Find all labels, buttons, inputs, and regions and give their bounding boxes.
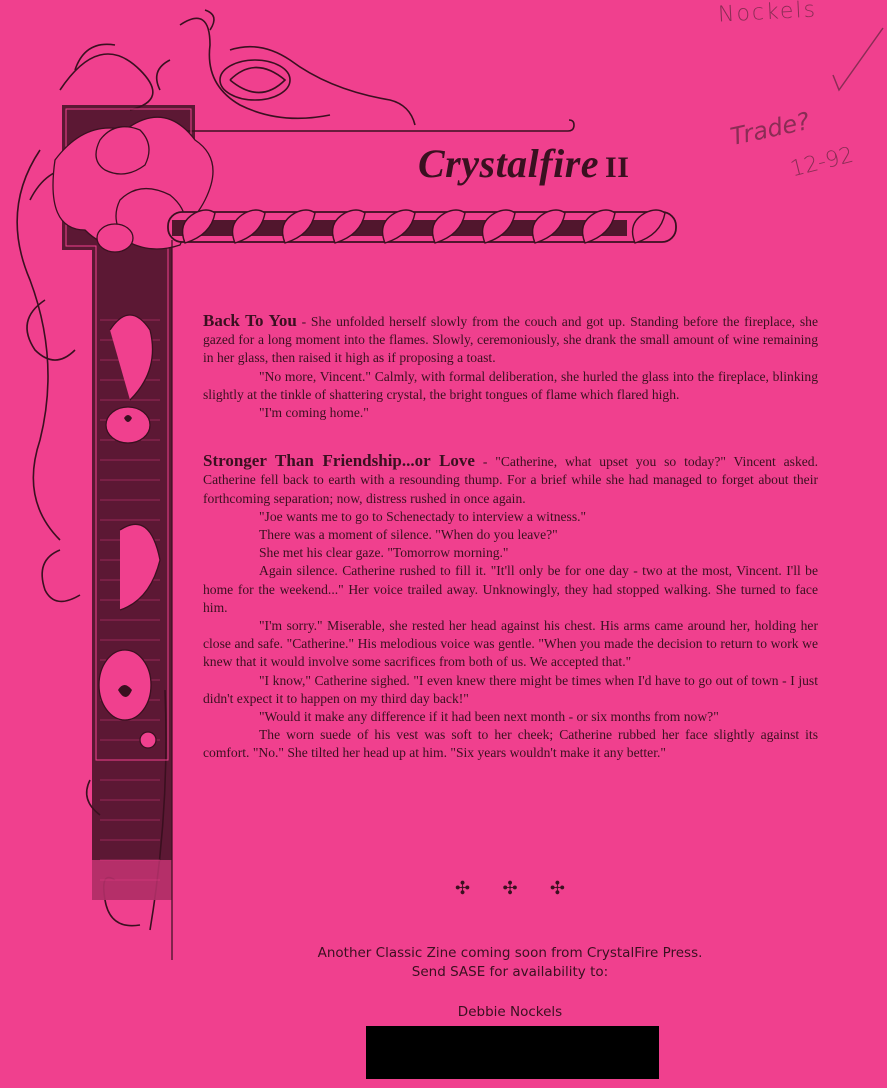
story-paragraph: There was a moment of silence. "When do … xyxy=(203,526,818,544)
story-paragraph: Again silence. Catherine rushed to fill … xyxy=(203,562,818,617)
story-paragraph: She met his clear gaze. "Tomorrow mornin… xyxy=(203,544,818,562)
title-text: Crystalfire xyxy=(418,141,599,186)
story-paragraph: "Would it make any difference if it had … xyxy=(203,708,818,726)
fleuron-icon: ✣ xyxy=(550,878,565,899)
zine-title: CrystalfireII xyxy=(418,140,629,187)
story-paragraph: The worn suede of his vest was soft to h… xyxy=(203,726,818,762)
story-back-to-you-lead: Back To You - She unfolded herself slowl… xyxy=(203,312,818,368)
story-paragraph: "No more, Vincent." Calmly, with formal … xyxy=(203,368,818,404)
fleuron-icon: ✣ xyxy=(502,878,517,899)
contact-name: Debbie Nockels xyxy=(260,1003,760,1022)
footer-announcement: Another Classic Zine coming soon from Cr… xyxy=(260,944,760,1022)
story-heading: Back To You xyxy=(203,311,297,330)
footer-line-2: Send SASE for availability to: xyxy=(260,963,760,982)
title-numeral: II xyxy=(605,151,629,184)
story-paragraph: "I know," Catherine sighed. "I even knew… xyxy=(203,672,818,708)
zine-flyer-page: CrystalfireII Nockels Trade? 12-92 Back … xyxy=(0,0,887,1088)
redacted-address-block xyxy=(366,1026,659,1079)
ornament-divider: ✣ ✣ ✣ xyxy=(455,878,565,899)
checkmark-icon xyxy=(825,20,885,95)
footer-line-1: Another Classic Zine coming soon from Cr… xyxy=(260,944,760,963)
fleuron-icon: ✣ xyxy=(455,878,470,899)
story-excerpts: Back To You - She unfolded herself slowl… xyxy=(203,312,818,763)
story-heading: Stronger Than Friendship...or Love xyxy=(203,451,475,470)
story-stronger-lead: Stronger Than Friendship...or Love - "Ca… xyxy=(203,452,818,508)
story-paragraph: "I'm sorry." Miserable, she rested her h… xyxy=(203,617,818,672)
story-paragraph: "Joe wants me to go to Schenectady to in… xyxy=(203,508,818,526)
story-paragraph: "I'm coming home." xyxy=(203,404,818,422)
